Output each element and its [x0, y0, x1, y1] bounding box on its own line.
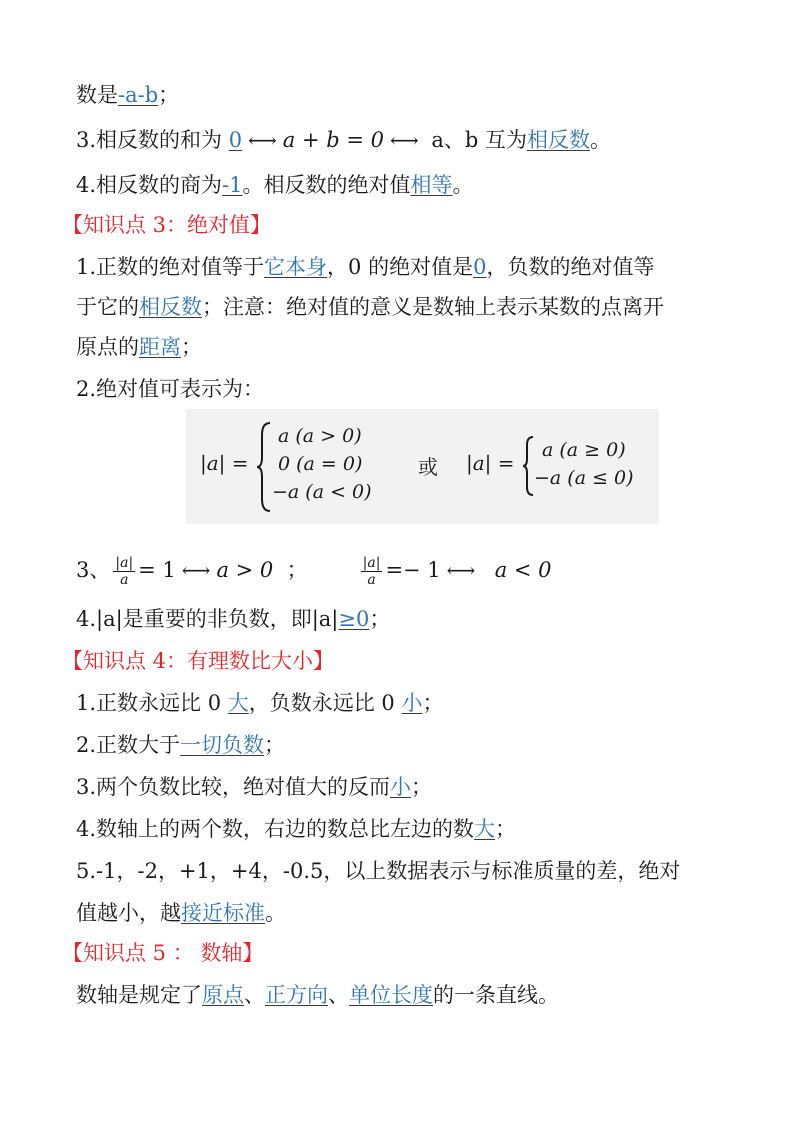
answer-blank: ≥0 — [338, 607, 369, 631]
text: ； — [181, 335, 202, 359]
text: ，负数的绝对值等 — [486, 255, 654, 279]
item-abs-2: 2.绝对值可表示为： — [76, 374, 264, 404]
fraction: |a|a — [361, 555, 383, 588]
formula-lhs: |a| = — [200, 451, 249, 475]
answer-blank: 相反数 — [139, 295, 202, 319]
answer-blank: 正方向 — [265, 983, 328, 1007]
formula-lhs-2: |a| = — [466, 451, 515, 475]
answer-blank: -1 — [222, 173, 242, 197]
denominator: a — [113, 572, 135, 588]
text: 4.数轴上的两个数，右边的数总比左边的数 — [76, 817, 474, 841]
text: 值越小，越 — [76, 901, 181, 925]
answer-blank: 0 — [473, 255, 486, 279]
text: ；注意：绝对值的意义是数轴上表示某数的点离开 — [202, 295, 664, 319]
numerator: |a| — [361, 555, 383, 572]
text: 1.正数永远比 0 — [76, 691, 228, 715]
item-compare-5a: 5.-1，-2，+1，+4，-0.5，以上数据表示与标准质量的差，绝对 — [76, 856, 680, 886]
or-label: 或 — [418, 451, 438, 480]
answer-blank: 单位长度 — [349, 983, 433, 1007]
text: 4.相反数的商为 — [76, 173, 222, 197]
text: ，负数永远比 0 — [249, 691, 402, 715]
text: ； — [495, 817, 516, 841]
answer-blank: 原点 — [202, 983, 244, 1007]
double-arrow-icon: ⟷ — [182, 558, 211, 582]
item-compare-1: 1.正数永远比 0 大，负数永远比 0 小； — [76, 688, 443, 718]
numerator: |a| — [113, 555, 135, 572]
answer-blank: 一切负数 — [180, 733, 264, 757]
text: 。 — [265, 901, 286, 925]
answer-blank: 大 — [474, 817, 495, 841]
text: 原点的 — [76, 335, 139, 359]
math-expression: a < 0 — [495, 558, 552, 582]
answer-blank: 相等 — [411, 173, 453, 197]
text: 3、 — [76, 558, 110, 582]
math-expression: a + b = 0 — [283, 128, 384, 152]
text: 。 — [590, 128, 611, 152]
text: ； — [422, 691, 443, 715]
text: 1.正数的绝对值等于 — [76, 255, 264, 279]
left-brace-icon — [256, 421, 272, 513]
text: 4.|a|是重要的非负数，即|a| — [76, 607, 338, 631]
text: ； — [411, 775, 432, 799]
text: ； — [158, 83, 179, 107]
item-number-line: 数轴是规定了原点、正方向、单位长度的一条直线。 — [76, 980, 559, 1010]
answer-blank: 距离 — [139, 335, 181, 359]
text: 、 — [328, 983, 349, 1007]
case-row: 0 (a = 0) — [278, 453, 362, 475]
text: =− 1 — [385, 558, 440, 582]
text: ； — [369, 607, 390, 631]
text: 数是 — [76, 83, 118, 107]
item-opposite-quotient: 4.相反数的商为-1。相反数的绝对值相等。 — [76, 170, 474, 200]
section-heading-number-line: 【知识点 5 ： 数轴】 — [62, 938, 263, 968]
text: a、b 互为 — [431, 128, 527, 152]
formula-box: |a| = a (a > 0) 0 (a = 0) −a (a < 0) 或 |… — [186, 409, 659, 524]
answer-blank: 它本身 — [264, 255, 327, 279]
text: = 1 — [138, 558, 176, 582]
answer-blank: 相反数 — [527, 128, 590, 152]
section-heading-compare: 【知识点 4：有理数比大小】 — [62, 646, 334, 676]
item-abs-3: 3、|a|a= 1⟷a > 0 ；|a|a=− 1⟷ a < 0 — [76, 550, 552, 590]
math-expression: a > 0 — [216, 558, 273, 582]
item-abs-1a: 1.正数的绝对值等于它本身，0 的绝对值是0，负数的绝对值等 — [76, 252, 654, 282]
item-compare-5b: 值越小，越接近标准。 — [76, 898, 286, 928]
text: ； — [264, 733, 285, 757]
case-row: −a (a < 0) — [272, 481, 372, 503]
double-arrow-icon: ⟷ — [447, 558, 476, 582]
text: 3.相反数的和为 — [76, 128, 222, 152]
text: 3.两个负数比较，绝对值大的反而 — [76, 775, 390, 799]
section-heading-absolute-value: 【知识点 3：绝对值】 — [62, 210, 271, 240]
answer-blank: 大 — [228, 691, 249, 715]
item-compare-4: 4.数轴上的两个数，右边的数总比左边的数大； — [76, 814, 516, 844]
case-row: −a (a ≤ 0) — [534, 467, 634, 489]
text: 2.正数大于 — [76, 733, 180, 757]
item-opposite-sum: 3.相反数的和为 0⟷a + b = 0⟷ a、b 互为相反数。 — [76, 125, 611, 155]
text: 、 — [244, 983, 265, 1007]
answer-blank: 0 — [229, 128, 242, 152]
denominator: a — [361, 572, 383, 588]
item-abs-4: 4.|a|是重要的非负数，即|a|≥0； — [76, 604, 390, 634]
item-abs-1b: 于它的相反数；注意：绝对值的意义是数轴上表示某数的点离开 — [76, 292, 664, 322]
left-brace-icon — [522, 435, 534, 497]
case-row: a (a > 0) — [278, 425, 362, 447]
text: ； — [287, 558, 308, 582]
text: 。 — [453, 173, 474, 197]
item-compare-3: 3.两个负数比较，绝对值大的反而小； — [76, 772, 432, 802]
answer-blank: 接近标准 — [181, 901, 265, 925]
text: 。相反数的绝对值 — [243, 173, 411, 197]
double-arrow-icon: ⟷ — [390, 128, 419, 152]
text: 于它的 — [76, 295, 139, 319]
text: 数轴是规定了 — [76, 983, 202, 1007]
item-compare-2: 2.正数大于一切负数； — [76, 730, 285, 760]
item-abs-1c: 原点的距离； — [76, 332, 202, 362]
fraction: |a|a — [113, 555, 135, 588]
text: 的一条直线。 — [433, 983, 559, 1007]
double-arrow-icon: ⟷ — [248, 128, 277, 152]
answer-blank: 小 — [401, 691, 422, 715]
line-opposite-sum-text: 数是-a-b； — [76, 80, 179, 110]
answer-blank: 小 — [390, 775, 411, 799]
text: ，0 的绝对值是 — [327, 255, 473, 279]
answer-blank: -a-b — [118, 83, 158, 107]
case-row: a (a ≥ 0) — [542, 439, 626, 461]
